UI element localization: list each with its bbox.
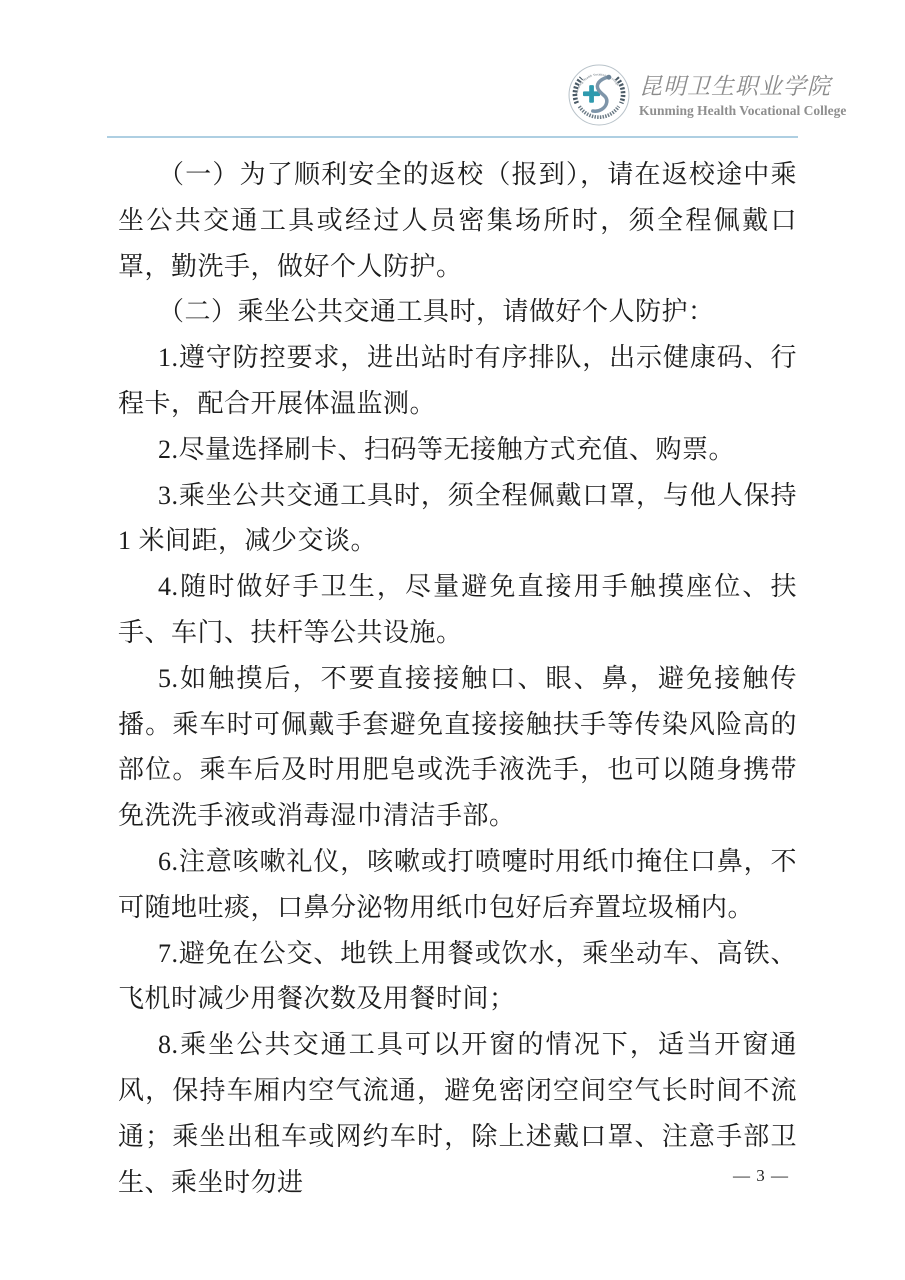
college-seal-logo: Kunming Health Vocational College [568,64,630,126]
college-name-calligraphy: 昆明卫生职业学院 [639,72,833,102]
paragraph-10: 8.乘坐公共交通工具可以开窗的情况下，适当开窗通风，保持车厢内空气流通，避免密闭… [118,1022,797,1205]
paragraph-4: 2.尽量选择刷卡、扫码等无接触方式充值、购票。 [118,427,797,473]
document-page: Kunming Health Vocational College 昆明卫生职业… [0,0,905,1280]
header-divider [107,136,798,138]
paragraph-5: 3.乘坐公共交通工具时，须全程佩戴口罩，与他人保持 1 米间距，减少交谈。 [118,473,797,565]
paragraph-3: 1.遵守防控要求，进出站时有序排队，出示健康码、行程卡，配合开展体温监测。 [118,335,797,427]
paragraph-1: （一）为了顺利安全的返校（报到），请在返校途中乘坐公共交通工具或经过人员密集场所… [118,152,797,289]
page-number: — 3 — [733,1166,789,1186]
paragraph-6: 4.随时做好手卫生，尽量避免直接用手触摸座位、扶手、车门、扶杆等公共设施。 [118,564,797,656]
college-brand: Kunming Health Vocational College 昆明卫生职业… [568,64,833,126]
paragraph-8: 6.注意咳嗽礼仪，咳嗽或打喷嚏时用纸巾掩住口鼻，不可随地吐痰，口鼻分泌物用纸巾包… [118,839,797,931]
document-body: （一）为了顺利安全的返校（报到），请在返校途中乘坐公共交通工具或经过人员密集场所… [118,152,797,1205]
college-name-english: Kunming Health Vocational College [639,102,833,119]
paragraph-9: 7.避免在公交、地铁上用餐或饮水，乘坐动车、高铁、飞机时减少用餐次数及用餐时间； [118,931,797,1023]
paragraph-7: 5.如触摸后，不要直接接触口、眼、鼻，避免接触传播。乘车时可佩戴手套避免直接接触… [118,656,797,839]
paragraph-2: （二）乘坐公共交通工具时，请做好个人防护： [118,289,797,335]
college-name-block: 昆明卫生职业学院 Kunming Health Vocational Colle… [639,72,833,119]
